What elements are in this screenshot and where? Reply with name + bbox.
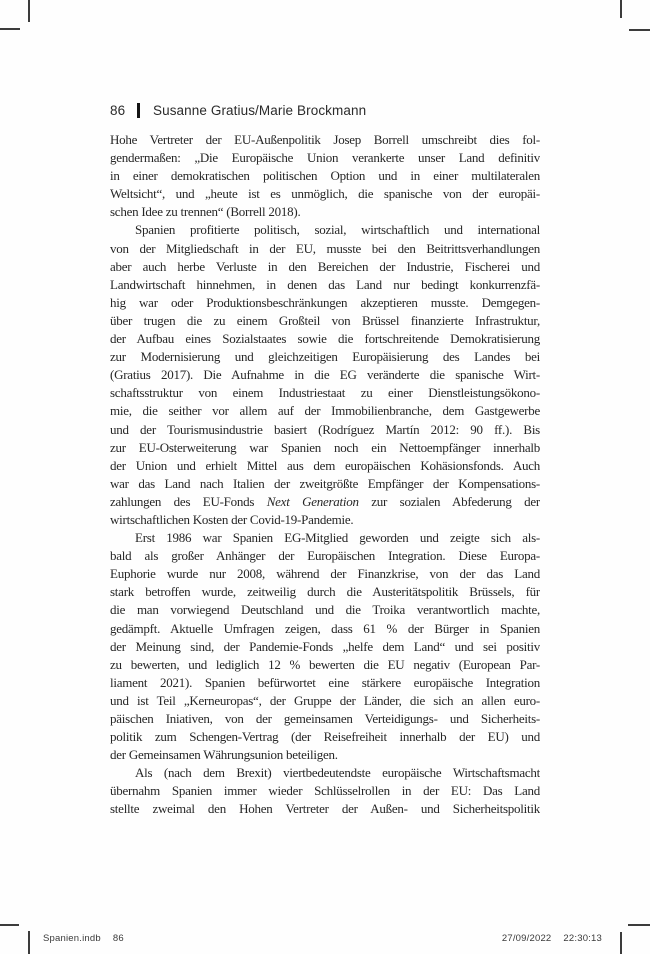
text-line-p3-10: und ist Teil „Kerneuropas“, der Gruppe d… <box>110 692 540 710</box>
text-line-p3-5: die man vorwiegend Deutschland und die T… <box>110 601 540 619</box>
text-line-p3-6: gedämpft. Aktuelle Umfragen zeigen, dass… <box>110 620 540 638</box>
text-line-p2-6: über trugen die zu einem Großteil von Br… <box>110 312 540 330</box>
text-line-p3-2: bald als großer Anhänger der Europäische… <box>110 547 540 565</box>
crop-mark-bottom-left-horizontal <box>0 924 19 926</box>
running-title: Susanne Gratius/Marie Brockmann <box>153 103 366 118</box>
text-line-p1-2: gendermaßen: „Die Europäische Union vera… <box>110 149 540 167</box>
text-line-p1-1: Hohe Vertreter der EU-Außenpolitik Josep… <box>110 131 540 149</box>
text-line-p2-14: der Union und erhielt Mittel aus dem eur… <box>110 457 540 475</box>
crop-mark-bottom-left-vertical <box>28 931 30 954</box>
text-line-p2-10: schaftsstruktur von einem Industriestaat… <box>110 384 540 402</box>
crop-mark-top-right-horizontal <box>629 29 650 31</box>
text-line-p3-1: Erst 1986 war Spanien EG-Mitglied geword… <box>110 529 540 547</box>
crop-mark-top-right-vertical <box>620 0 622 18</box>
text-line-p1-4: Weltsicht“, und „heute ist es unmöglich,… <box>110 185 540 203</box>
footer-slug-left: Spanien.indb86 <box>43 933 124 944</box>
footer-page-number: 86 <box>113 933 124 944</box>
text-line-p2-17: wirtschaftlichen Kosten der Covid-19-Pan… <box>110 511 540 529</box>
italic-text: Next Generation <box>267 494 359 509</box>
text-line-p2-13: zur EU-Osterweiterung war Spanien noch e… <box>110 439 540 457</box>
text-line-p1-5: schen Idee zu trennen“ (Borrell 2018). <box>110 203 540 221</box>
text-line-p2-16: zahlungen des EU-Fonds Next Generation z… <box>110 493 540 511</box>
body-text-block: Hohe Vertreter der EU-Außenpolitik Josep… <box>110 131 540 819</box>
text-line-p2-12: und der Tourismusindustrie basiert (Rodr… <box>110 421 540 439</box>
text-line-p3-4: stark betroffen wurde, zeitweilig durch … <box>110 583 540 601</box>
text-line-p3-9: liament 2021). Spanien befürwortet eine … <box>110 674 540 692</box>
footer-document-name: Spanien.indb <box>43 933 101 944</box>
footer-date: 27/09/2022 <box>502 933 552 944</box>
crop-mark-top-left-horizontal <box>0 28 20 30</box>
text-line-p1-3: in einer demokratischen politischen Opti… <box>110 167 540 185</box>
text-line-p3-7: der Meinung sind, der Pandemie-Fonds „he… <box>110 638 540 656</box>
text-line-p2-1: Spanien profitierte politisch, sozial, w… <box>110 221 540 239</box>
text-line-p3-8: zu bewerten, und lediglich 12 % bewerten… <box>110 656 540 674</box>
text-line-p4-2: übernahm Spanien immer wieder Schlüsselr… <box>110 782 540 800</box>
text-line-p2-5: hig war oder Produktionsbeschränkungen a… <box>110 294 540 312</box>
text-line-p4-1: Als (nach dem Brexit) viertbedeutendste … <box>110 764 540 782</box>
crop-mark-bottom-right-horizontal <box>628 924 650 926</box>
text-line-p2-9: (Gratius 2017). Die Aufnahme in die EG v… <box>110 366 540 384</box>
text-line-p2-7: der Aufbau eines Sozialstaates sowie die… <box>110 330 540 348</box>
text-line-p3-12: politik zum Schengen-Vertrag (der Reisef… <box>110 728 540 746</box>
running-header: 86 Susanne Gratius/Marie Brockmann <box>110 103 366 118</box>
page-number: 86 <box>110 103 128 118</box>
text-line-p2-2: von der Mitgliedschaft in der EU, musste… <box>110 240 540 258</box>
header-divider-bar <box>137 103 140 118</box>
crop-mark-top-left-vertical <box>28 0 30 22</box>
book-page-scan: 86 Susanne Gratius/Marie Brockmann Hohe … <box>0 0 650 954</box>
footer-slug-timestamp: 27/09/202222:30:13 <box>502 933 602 944</box>
text-line-p3-3: Euphorie wurde nur 2008, während der Fin… <box>110 565 540 583</box>
footer-time: 22:30:13 <box>563 933 602 944</box>
text-line-p3-11: päischen Iniativen, von der gemeinsamen … <box>110 710 540 728</box>
text-line-p4-3: stellte zweimal den Hohen Vertreter der … <box>110 800 540 818</box>
crop-mark-bottom-right-vertical <box>620 932 622 954</box>
text-line-p2-3: aber auch herbe Verluste in den Bereiche… <box>110 258 540 276</box>
text-line-p2-4: Landwirtschaft hinnehmen, in denen das L… <box>110 276 540 294</box>
text-line-p2-11: mie, die seither vor allem auf der Immob… <box>110 402 540 420</box>
text-line-p2-15: war das Land nach Italien der zweitgrößt… <box>110 475 540 493</box>
text-line-p2-8: zur Modernisierung und gleichzeitigen Eu… <box>110 348 540 366</box>
text-line-p3-13: der Gemeinsamen Währungsunion beteiligen… <box>110 746 540 764</box>
